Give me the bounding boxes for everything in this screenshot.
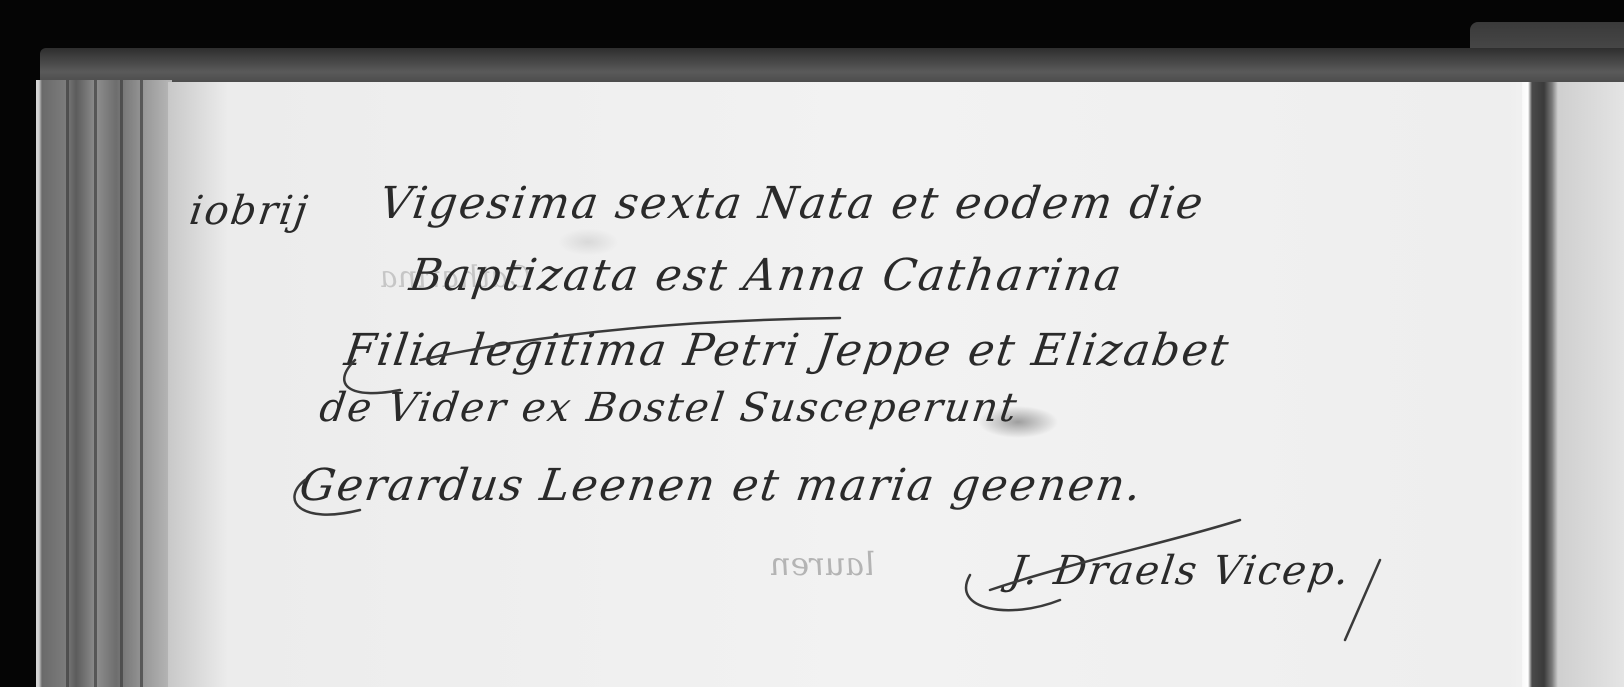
pen-flourishes bbox=[0, 0, 1624, 687]
